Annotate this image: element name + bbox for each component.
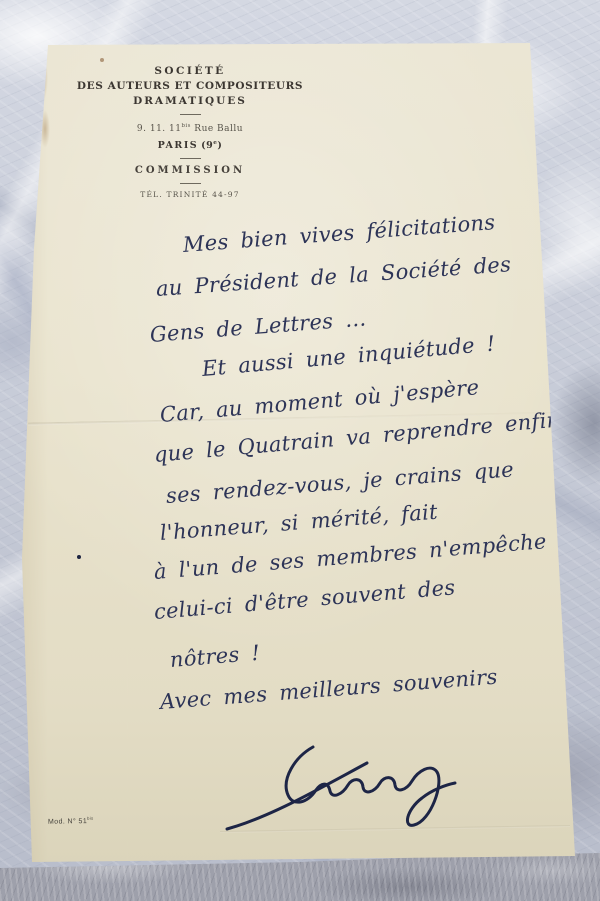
letterhead-phone: TÉL. TRINITÉ 44-97 [62,189,318,200]
city-district: (9e) [201,140,222,151]
signature-xanrof [215,733,485,833]
letterhead-divider [180,183,201,184]
handwritten-line: au Président de la Société des [155,252,512,301]
model-number-sup: bis [87,816,94,821]
footer-model-number: Mod. N° 51bis [48,816,94,826]
letterhead: SOCIÉTÉ DES AUTEURS ET COMPOSITEURS DRAM… [62,64,318,200]
address-bis-sup: bis [181,123,190,129]
district-close: ) [217,140,222,151]
letter-paper: SOCIÉTÉ DES AUTEURS ET COMPOSITEURS DRAM… [20,38,580,868]
letterhead-city: PARIS(9e) [62,136,318,153]
letterhead-divider [180,114,201,115]
org-name-line2: DES AUTEURS ET COMPOSITEURS [62,79,318,94]
handwritten-line: Gens de Lettres ... [149,306,367,347]
org-name-line1: SOCIÉTÉ [62,64,318,79]
address-numbers: 9. 11. 11 [137,124,182,134]
district-open: (9 [201,140,213,151]
handwritten-line: ses rendez-vous, je crains que [165,457,515,508]
paper-speck [100,58,104,62]
address-street: Rue Ballu [191,124,243,134]
city-name: PARIS [158,140,199,151]
ink-dot [77,555,81,559]
letterhead-divider [180,158,201,159]
letterhead-commission: COMMISSION [62,164,318,178]
handwritten-line: Avec mes meilleurs souvenirs [159,665,498,714]
handwritten-line: nôtres ! [169,641,261,672]
handwritten-line: celui-ci d'être souvent des [153,575,456,624]
handwritten-line: l'honneur, si mérité, fait [159,500,439,545]
letter-photo: SOCIÉTÉ DES AUTEURS ET COMPOSITEURS DRAM… [0,0,600,901]
org-name-line3: DRAMATIQUES [62,94,318,109]
letterhead-address: 9. 11. 11bis Rue Ballu [62,120,318,136]
model-number-text: Mod. N° 51 [48,818,87,826]
handwritten-line: Mes bien vives félicitations [182,210,496,257]
